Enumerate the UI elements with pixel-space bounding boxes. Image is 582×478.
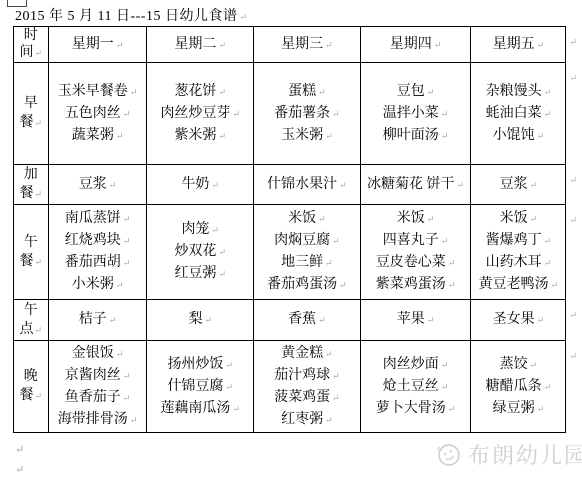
menu-item: 肉焖豆腐	[254, 230, 360, 252]
label-char: 餐	[14, 113, 48, 133]
menu-item: 玉米粥	[254, 125, 360, 147]
watermark: 布朗幼儿园	[436, 439, 582, 470]
paragraph-mark: ↵	[15, 463, 24, 476]
menu-item: 鱼香茄子	[49, 387, 147, 409]
menu-cell: 金银饭京酱肉丝鱼香茄子海带排骨汤	[48, 341, 147, 433]
menu-cell: 南瓜蒸饼红烧鸡块番茄西胡小米粥	[48, 205, 147, 300]
label-char: 餐	[14, 252, 48, 272]
meal-label-cell: 早餐	[14, 63, 49, 165]
row-end-mark	[566, 63, 582, 165]
menu-item: 扬州炒饭	[147, 354, 253, 376]
day-header: 星期四	[360, 27, 470, 63]
menu-item: 黄金糕	[254, 343, 360, 365]
menu-cell: 玉米早餐卷五色肉丝蔬菜粥	[48, 63, 147, 165]
menu-item: 菠菜鸡蛋	[254, 387, 360, 409]
day-header: 星期二	[147, 27, 254, 63]
meal-label-cell: 午餐	[14, 205, 49, 300]
menu-cell: 牛奶	[147, 165, 254, 205]
menu-item: 梨	[147, 309, 253, 331]
menu-cell: 豆浆	[471, 165, 566, 205]
weekly-menu-table: 时间星期一星期二星期三星期四星期五 早餐玉米早餐卷五色肉丝蔬菜粥葱花饼肉丝炒豆芽…	[13, 26, 582, 433]
menu-cell: 香蕉	[254, 300, 361, 341]
corner-header-time: 时间	[14, 27, 49, 63]
menu-cell: 什锦水果汁	[254, 165, 361, 205]
meal-label-cell: 晚餐	[14, 341, 49, 433]
menu-item: 豆浆	[471, 174, 565, 196]
menu-item: 豆包	[361, 81, 470, 103]
menu-cell: 圣女果	[471, 300, 566, 341]
corner-header-label: 时间	[14, 27, 48, 62]
menu-table-header: 时间星期一星期二星期三星期四星期五	[14, 27, 582, 63]
menu-item: 红烧鸡块	[49, 230, 147, 252]
menu-item: 南瓜蒸饼	[49, 208, 147, 230]
menu-item: 牛奶	[147, 174, 253, 196]
menu-item: 葱花饼	[147, 81, 253, 103]
menu-item: 圣女果	[471, 309, 565, 331]
label-char: 餐	[14, 184, 48, 204]
menu-item: 冰糖菊花 饼干	[361, 174, 470, 196]
menu-item: 莲藕南瓜汤	[147, 398, 253, 420]
menu-cell: 米饭肉焖豆腐地三鲜番茄鸡蛋汤	[254, 205, 361, 300]
menu-item: 香蕉	[254, 309, 360, 331]
menu-item: 金银饭	[49, 343, 147, 365]
day-header-label: 星期五	[471, 34, 565, 56]
day-header: 星期五	[471, 27, 566, 63]
menu-item: 茄汁鸡球	[254, 365, 360, 387]
day-header: 星期三	[254, 27, 361, 63]
day-header-label: 星期一	[49, 34, 147, 56]
menu-item: 蚝油白菜	[471, 103, 565, 125]
menu-item: 肉丝炒豆芽	[147, 103, 253, 125]
menu-item: 杂粮馒头	[471, 81, 565, 103]
menu-cell: 米饭四喜丸子豆皮卷心菜紫菜鸡蛋汤	[360, 205, 470, 300]
label-char: 点	[14, 320, 48, 340]
menu-cell: 苹果	[360, 300, 470, 341]
menu-item: 京酱肉丝	[49, 365, 147, 387]
header-row: 时间星期一星期二星期三星期四星期五	[14, 27, 582, 63]
menu-cell: 扬州炒饭什锦豆腐莲藕南瓜汤	[147, 341, 254, 433]
menu-item: 温拌小菜	[361, 103, 470, 125]
label-char: 午	[14, 301, 48, 320]
menu-cell: 杂粮馒头蚝油白菜小馄饨	[471, 63, 566, 165]
menu-item: 糖醋瓜条	[471, 376, 565, 398]
menu-cell: 米饭酱爆鸡丁山药木耳黄豆老鸭汤	[471, 205, 566, 300]
menu-item: 红豆粥	[147, 263, 253, 285]
kindergarten-logo-icon	[433, 439, 465, 471]
menu-item: 米饭	[254, 208, 360, 230]
menu-table-body: 早餐玉米早餐卷五色肉丝蔬菜粥葱花饼肉丝炒豆芽紫米粥蛋糕番茄薯条玉米粥豆包温拌小菜…	[14, 63, 582, 433]
menu-item: 绿豆粥	[471, 398, 565, 420]
menu-cell: 蒸饺糖醋瓜条绿豆粥	[471, 341, 566, 433]
menu-item: 玉米早餐卷	[49, 81, 147, 103]
meal-label: 午点	[14, 301, 48, 340]
menu-item: 炒双花	[147, 241, 253, 263]
meal-label-cell: 午点	[14, 300, 49, 341]
menu-cell: 蛋糕番茄薯条玉米粥	[254, 63, 361, 165]
menu-item: 黄豆老鸭汤	[471, 274, 565, 296]
row-end-mark	[566, 165, 582, 205]
menu-item: 地三鲜	[254, 252, 360, 274]
meal-row: 早餐玉米早餐卷五色肉丝蔬菜粥葱花饼肉丝炒豆芽紫米粥蛋糕番茄薯条玉米粥豆包温拌小菜…	[14, 63, 582, 165]
menu-item: 酱爆鸡丁	[471, 230, 565, 252]
label-char: 间	[14, 44, 48, 62]
menu-item: 肉笼	[147, 219, 253, 241]
menu-item: 蒸饺	[471, 354, 565, 376]
menu-cell: 豆包温拌小菜柳叶面汤	[360, 63, 470, 165]
page-title: 2015 年 5 月 11 日---15 日幼儿食谱	[15, 5, 248, 25]
row-end-mark	[566, 205, 582, 300]
menu-cell: 豆浆	[48, 165, 147, 205]
label-char: 餐	[14, 386, 48, 406]
label-char: 午	[14, 233, 48, 252]
menu-item: 番茄鸡蛋汤	[254, 274, 360, 296]
meal-label: 早餐	[14, 94, 48, 133]
menu-cell: 梨	[147, 300, 254, 341]
menu-item: 什锦豆腐	[147, 376, 253, 398]
menu-item: 海带排骨汤	[49, 409, 147, 431]
row-end-mark	[566, 300, 582, 341]
label-char: 加	[14, 165, 48, 184]
menu-item: 蛋糕	[254, 81, 360, 103]
menu-item: 桔子	[49, 309, 147, 331]
watermark-text: 布朗幼儿园	[468, 439, 582, 470]
day-header: 星期一	[48, 27, 147, 63]
menu-item: 蔬菜粥	[49, 125, 147, 147]
menu-item: 山药木耳	[471, 252, 565, 274]
menu-item: 豆浆	[49, 174, 147, 196]
menu-item: 五色肉丝	[49, 103, 147, 125]
label-char: 时	[14, 27, 48, 44]
menu-cell: 肉笼炒双花红豆粥	[147, 205, 254, 300]
menu-item: 什锦水果汁	[254, 174, 360, 196]
menu-item: 小米粥	[49, 274, 147, 296]
meal-label: 加餐	[14, 165, 48, 204]
menu-item: 紫米粥	[147, 125, 253, 147]
menu-item: 豆皮卷心菜	[361, 252, 470, 274]
meal-label: 晚餐	[14, 367, 48, 406]
menu-item: 四喜丸子	[361, 230, 470, 252]
meal-row: 晚餐金银饭京酱肉丝鱼香茄子海带排骨汤扬州炒饭什锦豆腐莲藕南瓜汤黄金糕茄汁鸡球菠菜…	[14, 341, 582, 433]
menu-item: 炝土豆丝	[361, 376, 470, 398]
meal-label: 午餐	[14, 233, 48, 272]
paragraph-mark: ↵	[15, 443, 24, 456]
meal-label-cell: 加餐	[14, 165, 49, 205]
meal-row: 加餐豆浆牛奶什锦水果汁冰糖菊花 饼干豆浆	[14, 165, 582, 205]
menu-item: 萝卜大骨汤	[361, 398, 470, 420]
row-end-mark	[566, 341, 582, 433]
meal-row: 午点桔子梨香蕉苹果圣女果	[14, 300, 582, 341]
menu-cell: 冰糖菊花 饼干	[360, 165, 470, 205]
menu-item: 米饭	[361, 208, 470, 230]
menu-item: 番茄西胡	[49, 252, 147, 274]
menu-item: 柳叶面汤	[361, 125, 470, 147]
menu-item: 紫菜鸡蛋汤	[361, 274, 470, 296]
day-header-label: 星期三	[254, 34, 360, 56]
menu-item: 肉丝炒面	[361, 354, 470, 376]
menu-cell: 桔子	[48, 300, 147, 341]
meal-row: 午餐南瓜蒸饼红烧鸡块番茄西胡小米粥肉笼炒双花红豆粥米饭肉焖豆腐地三鲜番茄鸡蛋汤米…	[14, 205, 582, 300]
label-char: 早	[14, 94, 48, 113]
day-header-label: 星期四	[361, 34, 470, 56]
label-char: 晚	[14, 367, 48, 386]
row-end-mark	[566, 27, 582, 63]
menu-cell: 黄金糕茄汁鸡球菠菜鸡蛋红枣粥	[254, 341, 361, 433]
document-page: { "page": { "title": "2015 年 5 月 11 日---…	[0, 0, 582, 478]
menu-item: 小馄饨	[471, 125, 565, 147]
day-header-label: 星期二	[147, 34, 253, 56]
menu-cell: 肉丝炒面炝土豆丝萝卜大骨汤	[360, 341, 470, 433]
menu-cell: 葱花饼肉丝炒豆芽紫米粥	[147, 63, 254, 165]
menu-item: 红枣粥	[254, 409, 360, 431]
menu-item: 苹果	[361, 309, 470, 331]
menu-item: 番茄薯条	[254, 103, 360, 125]
menu-item: 米饭	[471, 208, 565, 230]
